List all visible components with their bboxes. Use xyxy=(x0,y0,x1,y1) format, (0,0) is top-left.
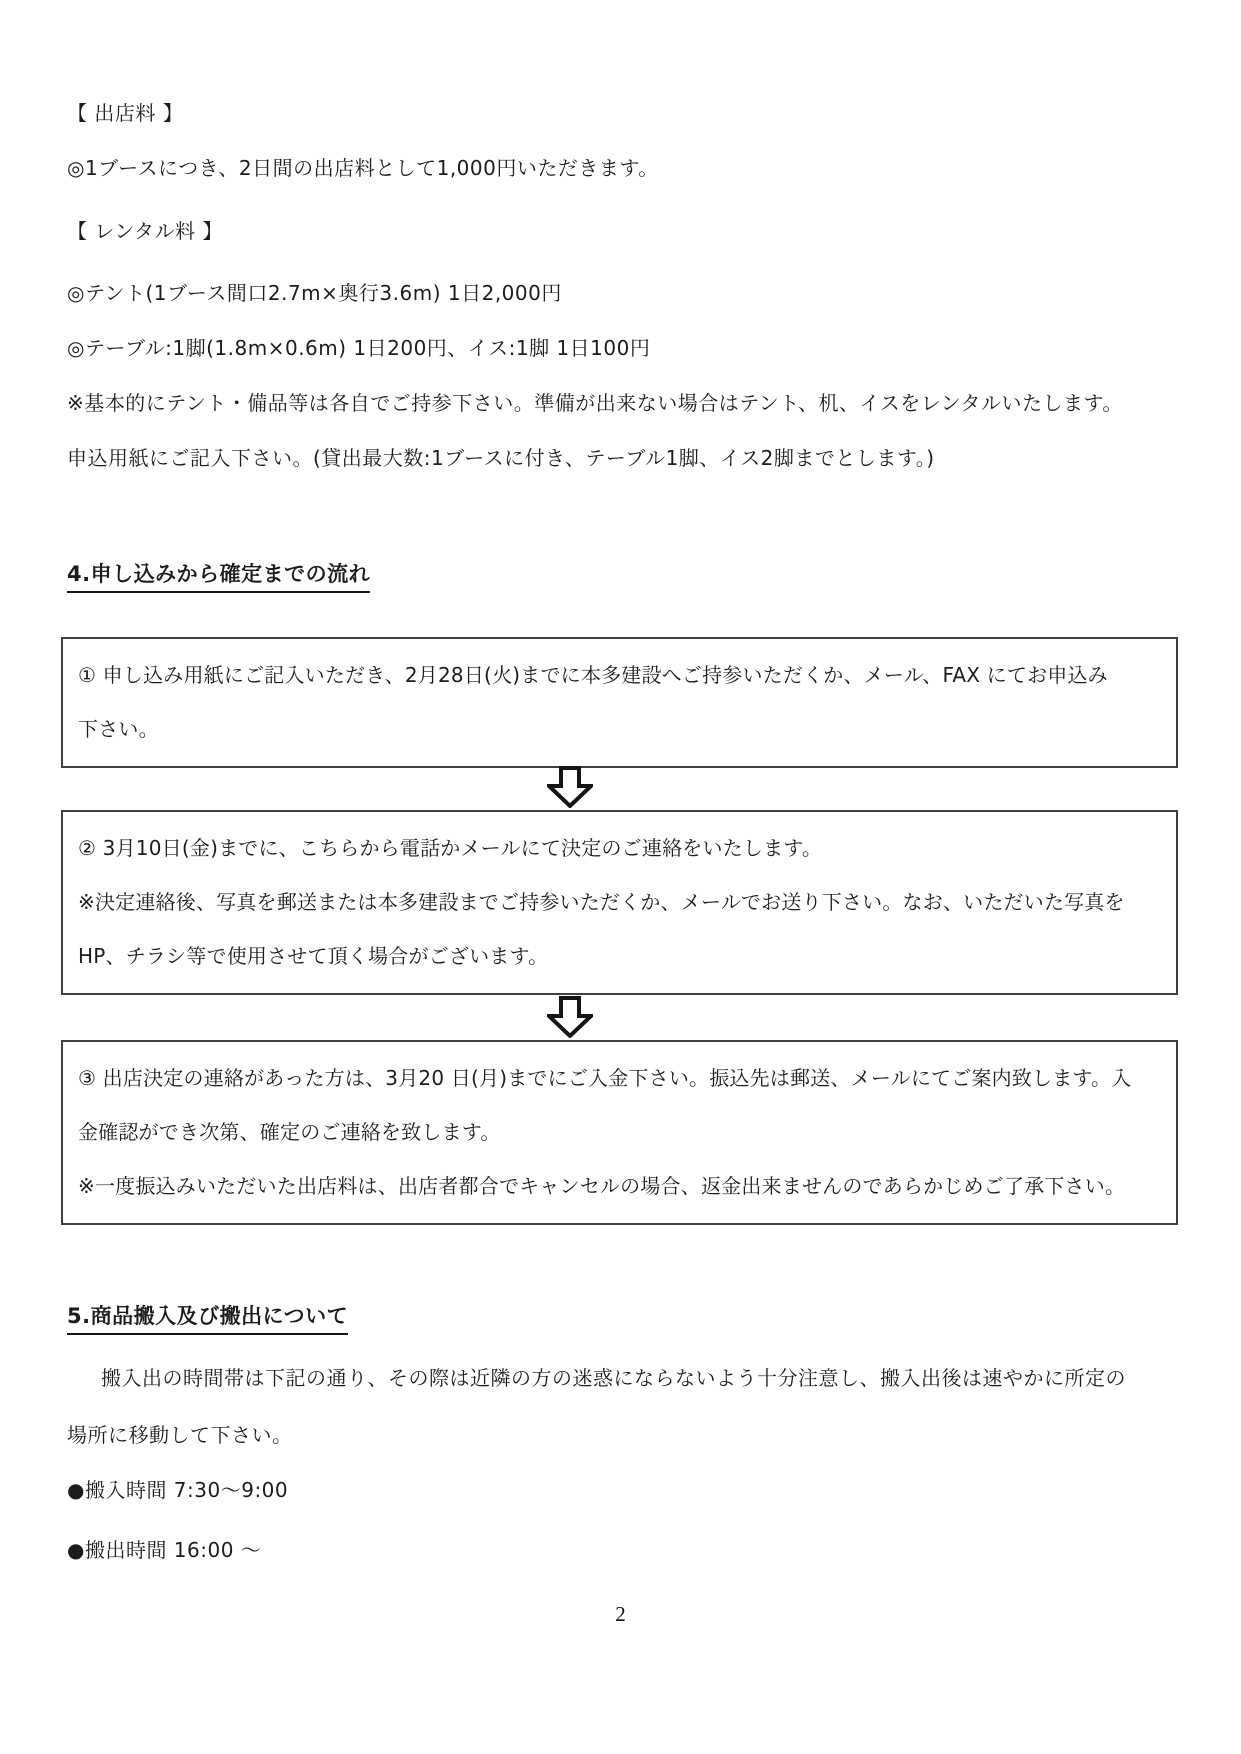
flow-step-1-box: ① 申し込み用紙にご記入いただき、2月28日(火)までに本多建設へご持参いただく… xyxy=(61,637,1178,768)
rental-note-bring-own: ※基本的にテント・備品等は各自でご持参下さい。準備が出来ない場合はテント、机、イ… xyxy=(67,390,1123,417)
down-arrow-icon xyxy=(547,996,593,1038)
flow-step-2-box: ② 3月10日(金)までに、こちらから電話かメールにて決定のご連絡をいたします。… xyxy=(61,810,1178,995)
flow-step-2-line: HP、チラシ等で使用させて頂く場合がございます。 xyxy=(78,929,1161,983)
flow-step-3-line: 金確認ができ次第、確定のご連絡を致します。 xyxy=(78,1105,1161,1159)
flow-step-2-line: ② 3月10日(金)までに、こちらから電話かメールにて決定のご連絡をいたします。 xyxy=(78,821,1161,875)
exhibit-fee-line: ◎1ブースにつき、2日間の出店料として1,000円いただきます。 xyxy=(67,155,659,182)
exhibit-fee-heading: 【 出店料 】 xyxy=(67,100,183,127)
flow-step-1-line: 下さい。 xyxy=(78,702,1161,756)
document-page: 【 出店料 】 ◎1ブースにつき、2日間の出店料として1,000円いただきます。… xyxy=(0,0,1241,1754)
rental-table-chair-line: ◎テーブル:1脚(1.8m×0.6m) 1日200円、イス:1脚 1日100円 xyxy=(67,335,650,362)
rental-tent-line: ◎テント(1ブース間口2.7m×奥行3.6m) 1日2,000円 xyxy=(67,280,562,307)
rental-note-application: 申込用紙にご記入下さい。(貸出最大数:1ブースに付き、テーブル1脚、イス2脚まで… xyxy=(67,445,935,472)
rental-fee-heading: 【 レンタル料 】 xyxy=(67,218,223,245)
page-number: 2 xyxy=(0,1602,1241,1627)
down-arrow-icon xyxy=(547,766,593,808)
flow-step-2-line: ※決定連絡後、写真を郵送または本多建設までご持参いただくか、メールでお送り下さい… xyxy=(78,875,1161,929)
carry-paragraph-line: 場所に移動して下さい。 xyxy=(67,1422,293,1449)
carry-in-time-line: ●搬入時間 7:30～9:00 xyxy=(67,1477,288,1504)
section-4-heading: 4.申し込みから確定までの流れ xyxy=(67,558,370,593)
section-5-heading: 5.商品搬入及び搬出について xyxy=(67,1300,348,1335)
carry-out-time-line: ●搬出時間 16:00 ～ xyxy=(67,1537,261,1564)
flow-step-1-line: ① 申し込み用紙にご記入いただき、2月28日(火)までに本多建設へご持参いただく… xyxy=(78,648,1161,702)
flow-step-3-line: ③ 出店決定の連絡があった方は、3月20 日(月)までにご入金下さい。振込先は郵… xyxy=(78,1051,1161,1105)
flow-step-3-line: ※一度振込みいただいた出店料は、出店者都合でキャンセルの場合、返金出来ませんので… xyxy=(78,1159,1161,1213)
flow-step-3-box: ③ 出店決定の連絡があった方は、3月20 日(月)までにご入金下さい。振込先は郵… xyxy=(61,1040,1178,1225)
carry-paragraph-line: 搬入出の時間帯は下記の通り、その際は近隣の方の迷惑にならないよう十分注意し、搬入… xyxy=(67,1365,1126,1392)
